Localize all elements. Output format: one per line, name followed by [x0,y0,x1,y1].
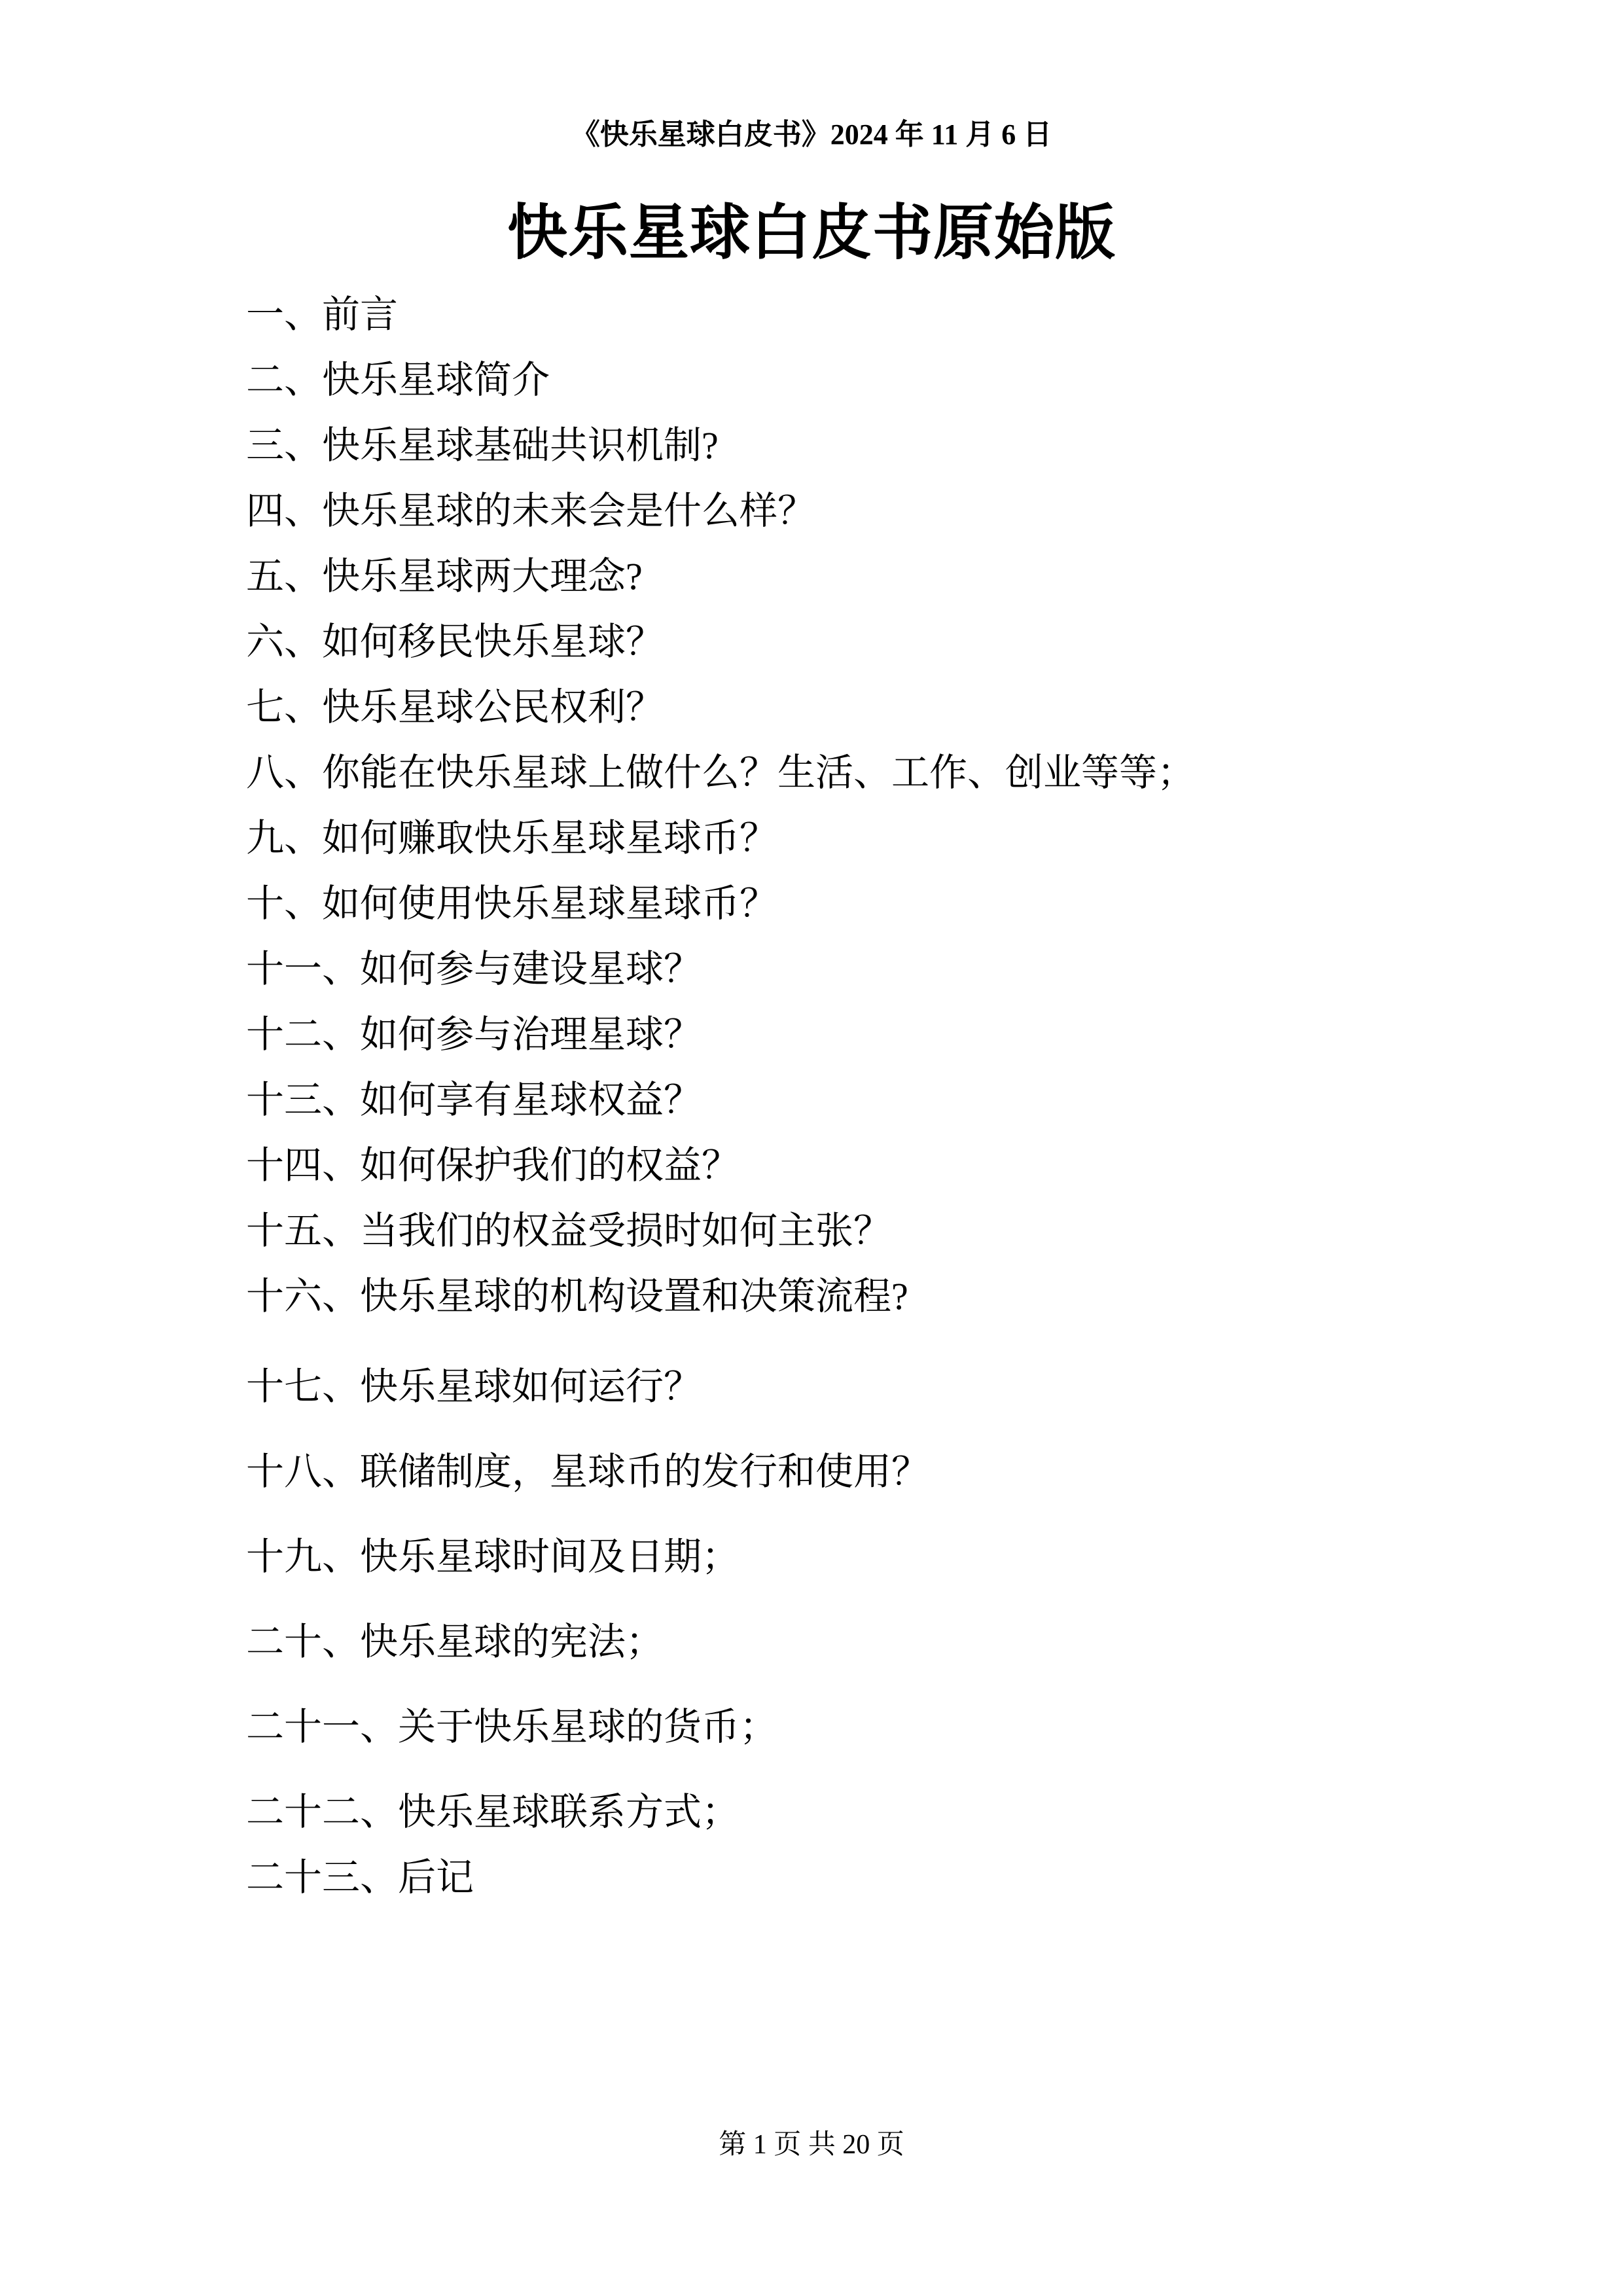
page-title: 快乐星球白皮书原始版 [0,195,1623,271]
toc-item: 九、如何赚取快乐星球星球币？ [246,819,1492,857]
toc-item: 二十一、关于快乐星球的货币； [246,1708,1492,1746]
toc-item: 二十二、快乐星球联系方式； [246,1793,1492,1831]
toc-item: 四、快乐星球的未来会是什么样？ [246,492,1492,530]
document-page: 《快乐星球白皮书》2024 年 11 月 6 日 快乐星球白皮书原始版 一、前言… [0,0,1623,2296]
toc-item: 十一、如何参与建设星球？ [246,950,1492,988]
toc-item: 二十、快乐星球的宪法； [246,1623,1492,1661]
toc-item: 十五、当我们的权益受损时如何主张？ [246,1212,1492,1250]
toc-item: 十九、快乐星球时间及日期； [246,1538,1492,1576]
toc-item: 十八、联储制度，星球币的发行和使用？ [246,1453,1492,1491]
toc-item: 十六、快乐星球的机构设置和决策流程? [246,1278,1492,1316]
toc-item: 六、如何移民快乐星球？ [246,623,1492,661]
page-number-footer: 第 1 页 共 20 页 [0,2128,1623,2161]
toc-item: 二、快乐星球简介 [246,361,1492,399]
toc-item: 十七、快乐星球如何运行？ [246,1368,1492,1406]
toc-item: 七、快乐星球公民权利？ [246,689,1492,726]
toc-item: 十二、如何参与治理星球？ [246,1016,1492,1054]
document-header: 《快乐星球白皮书》2024 年 11 月 6 日 [0,118,1623,152]
toc-item: 一、前言 [246,296,1492,334]
toc-item: 十、如何使用快乐星球星球币？ [246,885,1492,923]
toc-item: 八、你能在快乐星球上做什么？生活、工作、创业等等； [246,754,1492,792]
toc-item: 二十三、后记 [246,1859,1492,1897]
toc-item: 十三、如何享有星球权益？ [246,1081,1492,1119]
toc-item: 十四、如何保护我们的权益？ [246,1147,1492,1185]
toc-item: 三、快乐星球基础共识机制? [246,427,1492,465]
toc-item: 五、快乐星球两大理念? [246,558,1492,596]
table-of-contents: 一、前言 二、快乐星球简介 三、快乐星球基础共识机制? 四、快乐星球的未来会是什… [0,296,1623,1897]
